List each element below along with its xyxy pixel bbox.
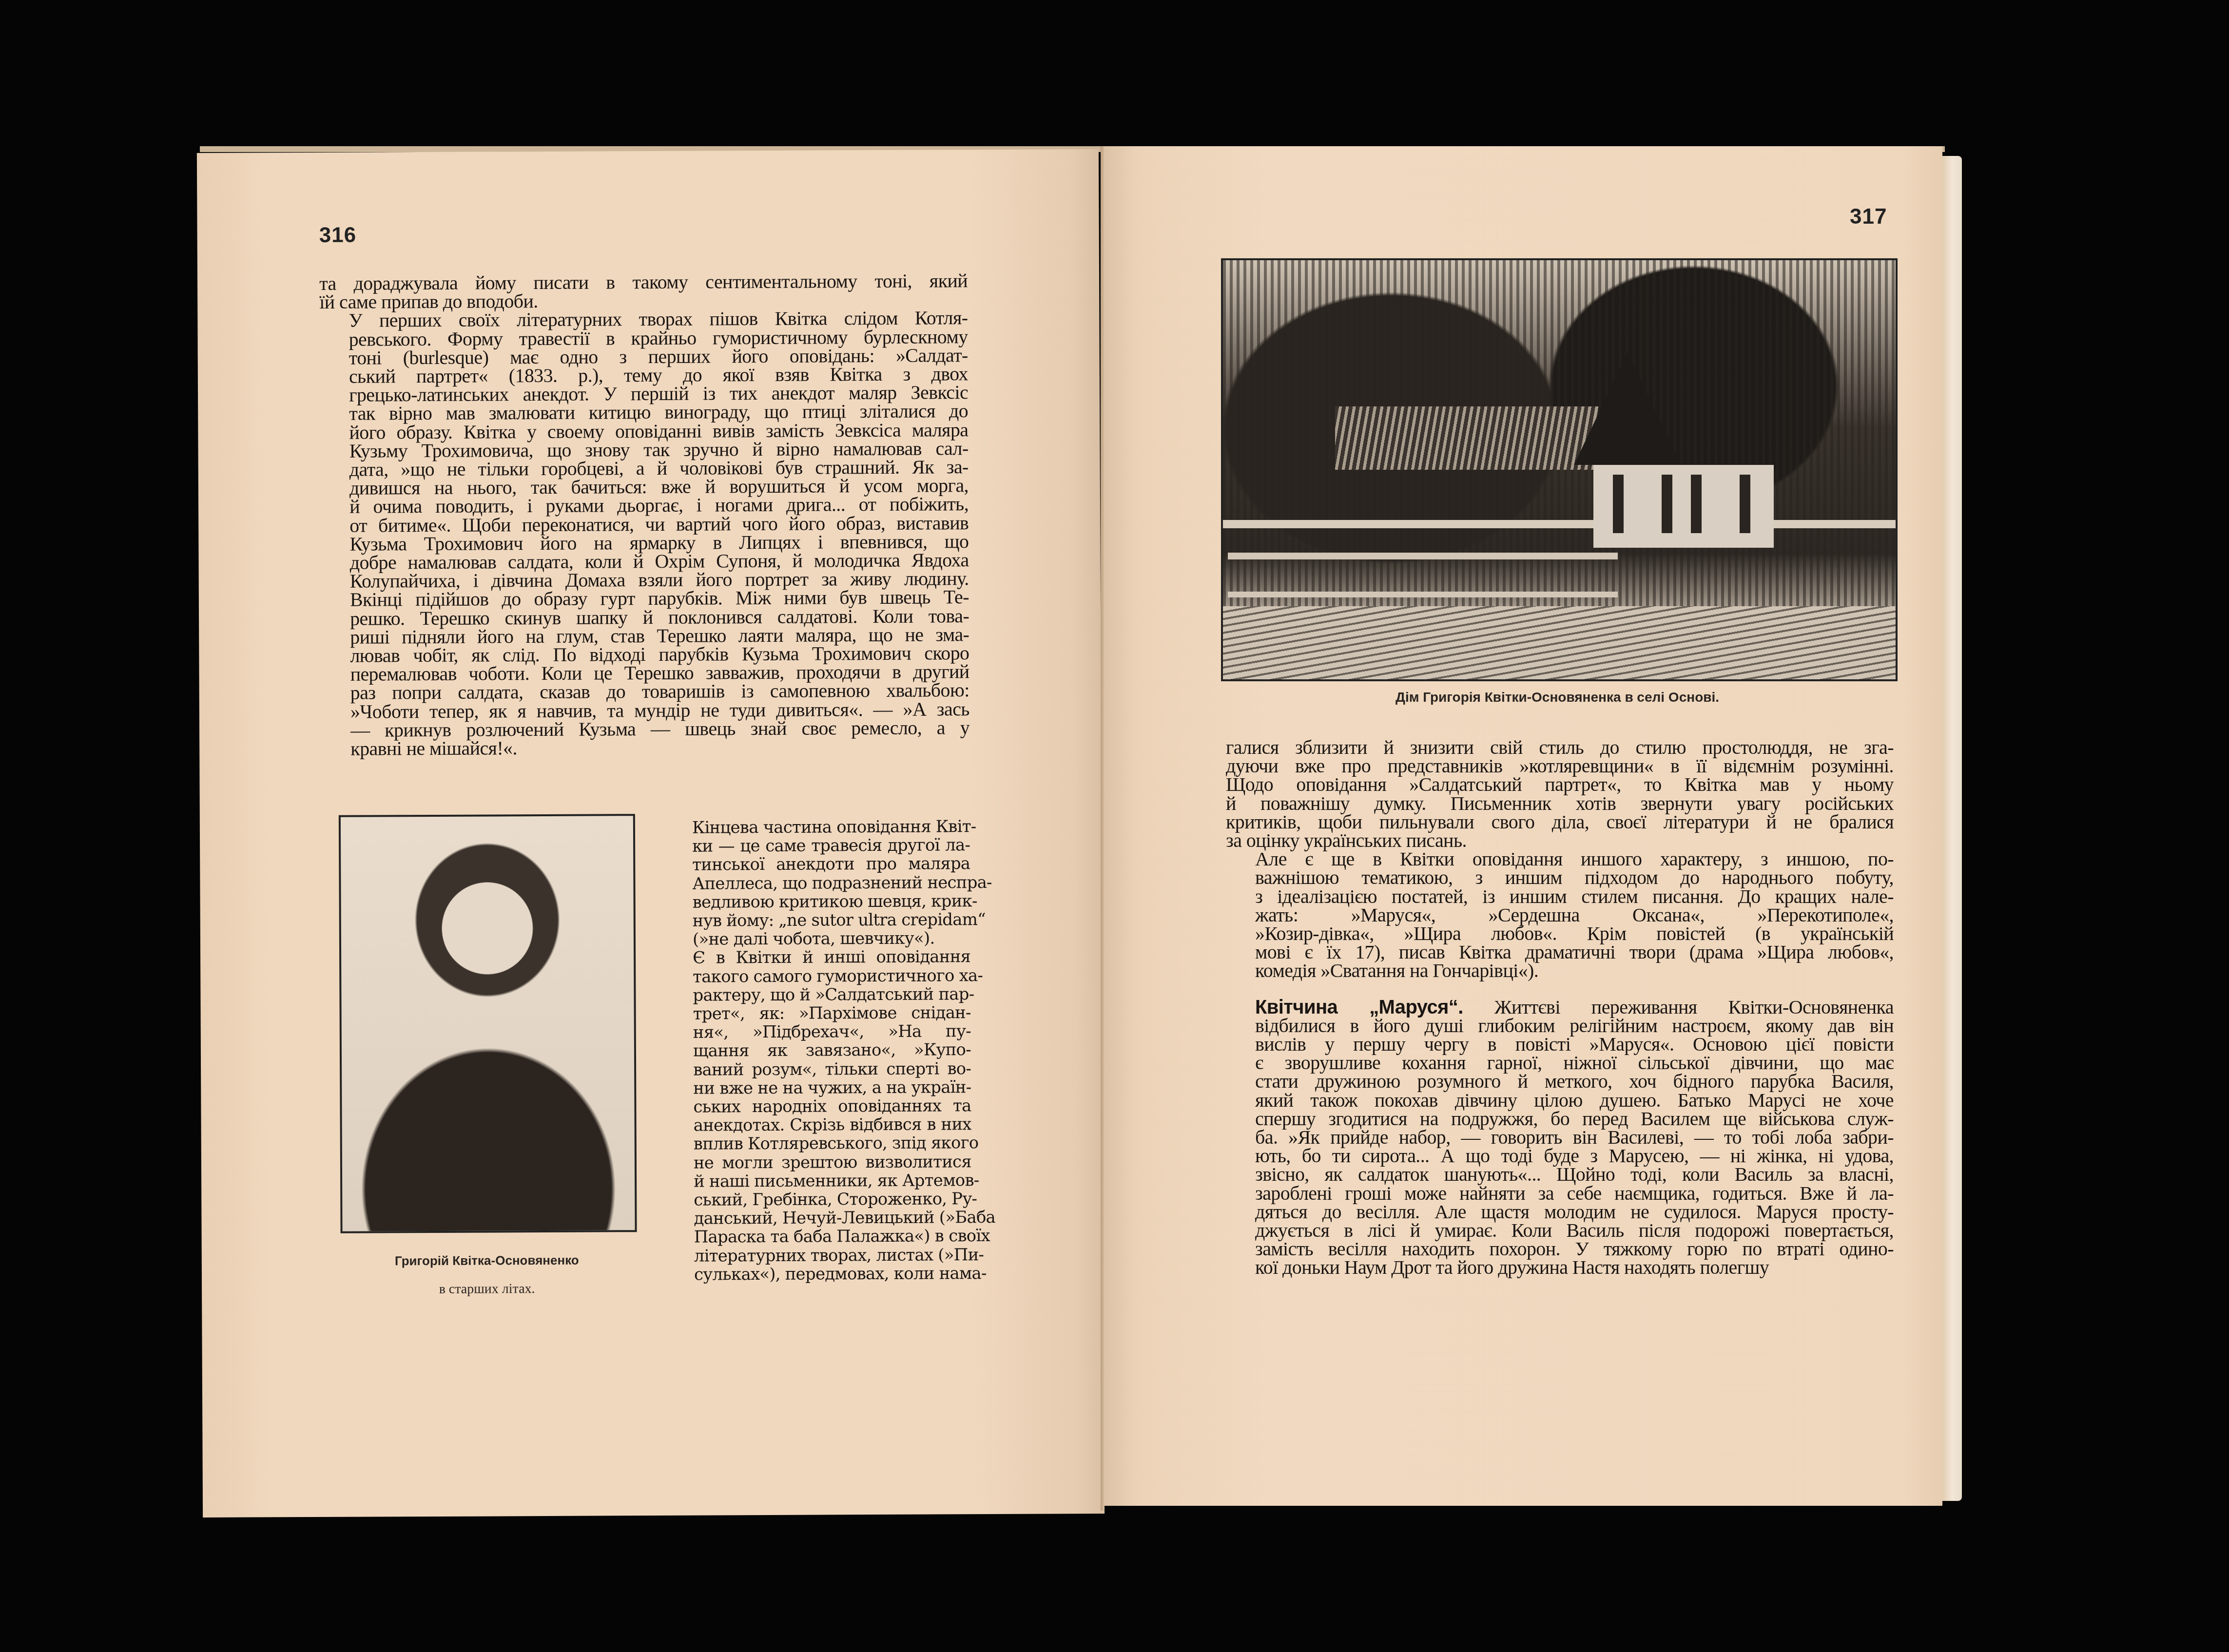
text-line: з ідеалізацією постатей, із иншим стилем…	[1226, 887, 1894, 906]
portrait-caption-name: Григорій Квітка-Основяненко	[341, 1252, 633, 1269]
portrait-engraving-icon	[341, 816, 635, 1231]
text-line: данський, Нечуй-Левицький (»Баба	[664, 1208, 971, 1228]
text-line: щання як завязано«, »Купо-	[664, 1041, 971, 1061]
text-line: й наші письменники, як Артемов-	[664, 1171, 971, 1191]
paragraph-other-stories: Є в Квітки й инші оповіданнятакого самог…	[663, 948, 972, 1284]
text-line: ни вже не на чужих, а на україн-	[664, 1078, 971, 1098]
text-line: Щодо оповідання »Салдатський партрет«, т…	[1226, 775, 1894, 794]
text-line: Кінцева частина оповідання Квіт-	[663, 817, 970, 837]
house-illustration	[1221, 258, 1898, 681]
text-line: ки — це саме травесія другої ла-	[663, 836, 970, 856]
paragraph-continuation: та дораджувала йому писати в такому сент…	[319, 271, 968, 311]
text-line: вплив Котляревського, зпід якого	[664, 1134, 971, 1154]
text-line: ських народніх оповіданнях та	[664, 1096, 971, 1116]
text-line: за оцінку українських писань.	[1226, 831, 1894, 850]
text-line: не могли зрештою визволитися	[664, 1153, 971, 1172]
text-line: кравні не мішайся!«.	[321, 737, 969, 758]
text-line: Параска та баба Палажка«) в своїх	[665, 1227, 972, 1247]
house-caption: Дім Григорія Квітки-Основяненка в селі О…	[1221, 690, 1894, 705]
text-line: важнішою тематикою, з иншим підходом до …	[1226, 868, 1894, 887]
text-line: Є в Квітки й инші оповідання	[663, 948, 970, 968]
text-line: який також покохав дівчину цілою душею. …	[1226, 1091, 1894, 1110]
text-line: (»не далі чобота, шевчику«).	[663, 929, 970, 949]
text-line: жать: »Маруся«, »Сердешна Оксана«, »Пере…	[1226, 906, 1894, 924]
right-main-text: галися зблизити й знизити свій стиль до …	[1226, 738, 1894, 1277]
text-line: Але є ще в Квітки оповідання иншого хара…	[1226, 850, 1894, 868]
text-line: й поважнішу думку. Письменник хотів звер…	[1226, 794, 1894, 813]
text-line: — крикнув розлючений Кузьма — швець знай…	[321, 718, 969, 740]
text-line: нув йому: „ne sutor ultra crepidam“	[663, 910, 970, 930]
text-line: тинської анекдоти про маляра	[663, 855, 970, 875]
portrait-caption-age: в старших літах.	[341, 1281, 633, 1298]
text-line: ський, Гребінка, Стороженко, Ру-	[664, 1190, 971, 1210]
text-line: »Козир-дівка«, »Щира любов«. Крім повіст…	[1226, 924, 1894, 943]
text-line: мові є їх 17), писав Квітка драматичні т…	[1226, 943, 1894, 961]
left-side-column-text: Кінцева частина оповідання Квіт-ки — це …	[663, 817, 972, 1284]
text-line: замість весілля находить похорон. У тяжк…	[1226, 1240, 1894, 1258]
page-number-right: 317	[1850, 205, 1887, 229]
text-line: ведливою критикою шевця, крик-	[663, 892, 970, 912]
text-line: стати дружиною розумного й меткого, хоч …	[1226, 1072, 1894, 1091]
left-main-text: та дораджувала йому писати в такому сент…	[319, 271, 969, 758]
text-line: дуючи вже про представників »котляревщин…	[1226, 757, 1894, 775]
text-line: ба. »Як прийде набор, — говорить він Вас…	[1226, 1128, 1894, 1147]
text-line: відбилися в його душі глибоким релігійни…	[1226, 1017, 1894, 1035]
left-page: 316 та дораджувала йому писати в такому …	[197, 149, 1105, 1518]
text-line: Апеллеса, що подразнений неспра-	[663, 873, 970, 893]
text-line: зароблені гроші може найняти за себе нає…	[1226, 1184, 1894, 1203]
text-line: критиків, щоби пильнували свого діла, св…	[1226, 813, 1894, 831]
text-line: галися зблизити й знизити свій стиль до …	[1226, 738, 1894, 757]
text-line: вислів у першу чергу в повісті »Маруся«.…	[1226, 1035, 1894, 1054]
paragraph-other-character: Але є ще в Квітки оповідання иншого хара…	[1226, 850, 1894, 980]
paragraph-salдатський: У перших своїх літературних творах пішов…	[319, 309, 969, 759]
page-edge-stack	[1942, 156, 1962, 1501]
text-line: дяться до весілля. Але щастя молодим не …	[1226, 1203, 1894, 1221]
text-line: є зворушливе кохання гарної, ніжної сіль…	[1226, 1054, 1894, 1072]
text-line: літературних творах, листах (»Пи-	[665, 1246, 972, 1266]
text-line: звісно, як салдаток шанують«... Щойно то…	[1226, 1165, 1894, 1184]
house-engraving-icon	[1223, 260, 1896, 679]
text-line: кої доньки Наум Дрот та його дружина Нас…	[1226, 1258, 1894, 1277]
text-line: такого самого гумористичного ха-	[663, 966, 970, 986]
text-line: рактеру, що й »Салдатський пар-	[663, 985, 970, 1005]
paragraph-apelles: Кінцева частина оповідання Квіт-ки — це …	[663, 817, 970, 949]
right-page: 317 Дім Григорія Квітки-Основяненка в се…	[1104, 146, 1942, 1506]
text-line: ня«, »Підбрехач«, »На пу-	[664, 1022, 971, 1042]
page-number-left: 316	[319, 223, 357, 248]
text-line: ють, бо ти сирота... А що тоді буде з Ма…	[1226, 1147, 1894, 1165]
text-line: сульках«), передмовах, коли нама-	[665, 1264, 972, 1284]
text-line: комедія »Сватання на Гончарівці«).	[1226, 961, 1894, 980]
text-line: трет«, як: »Пархімове снідан-	[664, 1003, 971, 1023]
text-line: джується в лісі й умирає. Коли Василь пі…	[1226, 1221, 1894, 1240]
paragraph-marusia: Квітчина „Маруся“. Життєві переживання К…	[1226, 998, 1894, 1277]
paragraph-russian-critics: галися зблизити й знизити свій стиль до …	[1226, 738, 1894, 850]
text-line: спершу згодитися на подружжя, бо перед В…	[1226, 1110, 1894, 1128]
portrait-illustration	[339, 814, 637, 1233]
text-line: анекдотах. Скрізь відбився в них	[664, 1115, 971, 1135]
text-line: та дораджувала йому писати в такому сент…	[319, 271, 968, 293]
text-line: ваний розум«, тільки сперті во-	[664, 1059, 971, 1079]
